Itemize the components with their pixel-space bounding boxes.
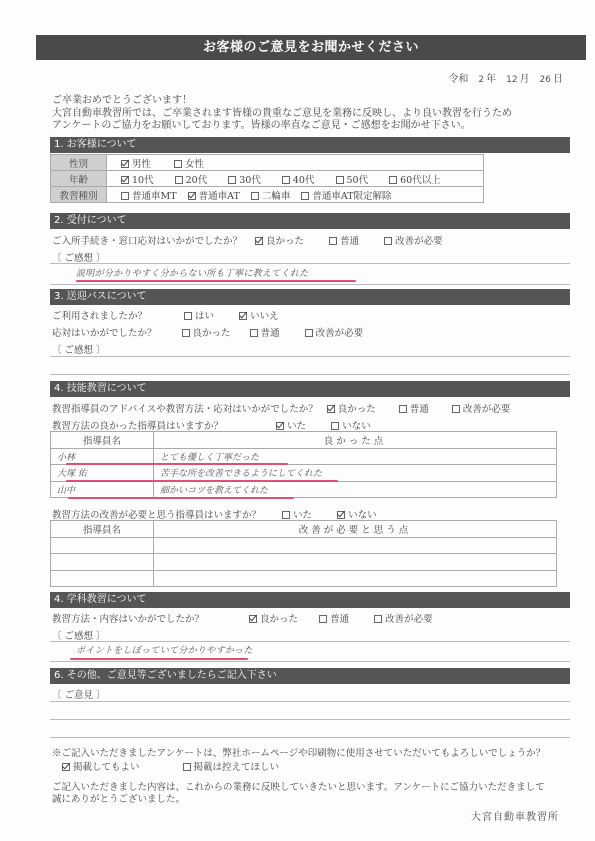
divider [50,641,570,642]
age-option-10s[interactable]: 10代 [121,172,154,186]
gender-label: 性別 [51,155,107,171]
gender-row: 性別 男性 女性 [51,155,484,171]
thanks-line-1: ご記入いただきました内容は、これからの業務に反映していきたいと思います。アンケー… [52,782,545,794]
divider [50,263,570,264]
gender-option-female[interactable]: 女性 [174,156,204,170]
checkbox-icon[interactable] [329,237,337,245]
form-title: お客様のご意見をお聞かせください [36,35,586,60]
table-row [51,537,557,554]
divider [50,701,570,702]
classroom-option-good[interactable]: 良かった [249,611,298,625]
instructor-rating-option-needs-improvement[interactable]: 改善が必要 [452,401,511,415]
bus-service-question: 応対はいかがでしたか？ [52,328,157,339]
divider [50,661,570,662]
instructor-name-cell[interactable]: 山中 [51,481,154,498]
table-header-row: 指導員名 改善が必要と思う点 [51,521,557,538]
intro-line-3: アンケートのご協力をお願いしております。皆様の率直なご意見・ご感想をお聞かせ下さ… [52,120,572,133]
checkbox-checked-icon[interactable] [249,615,257,623]
intro-line-2: 大宮自動車教習所では、ご卒業されます皆様の貴重なご意見を業務に反映し、より良い教… [52,108,572,121]
checkbox-icon[interactable] [399,405,407,413]
date-month-value[interactable]: 12 [506,75,517,85]
red-underline [76,280,356,282]
course-type-row: 教習種別 普通車MT 普通車AT 二輪車 普通車AT限定解除 [51,187,484,203]
instructor-name-cell[interactable] [51,537,154,554]
table-row: 山中 細かいコツを教えてくれた [51,481,557,498]
survey-form-page: お客様のご意見をお聞かせください 令和 2年 12月 26日 ご卒業おめでとうご… [0,0,595,841]
age-option-40s[interactable]: 40代 [282,172,315,186]
instructor-rating-question: 教習指導員のアドバイスや教習方法・応対はいかがでしたか？ [52,404,318,415]
course-option-motorcycle[interactable]: 二輪車 [251,188,291,202]
checkbox-checked-icon[interactable] [121,160,129,168]
divider [50,374,570,375]
good-instructor-option-yes[interactable]: いた [276,418,306,432]
age-option-30s[interactable]: 30代 [228,172,261,186]
bus-usage-option-no[interactable]: いいえ [239,308,279,322]
bad-instructor-option-no[interactable]: いない [337,507,377,521]
thanks-text: ご記入いただきました内容は、これからの業務に反映していきたいと思います。アンケー… [52,782,545,806]
red-underline [68,497,294,499]
bad-instructor-row: 教習方法の改善が必要と思う指導員はいますか？ いた いない [52,507,377,521]
checkbox-icon[interactable] [228,176,236,184]
checkbox-icon[interactable] [305,329,313,337]
table-row [51,554,557,571]
date-day-value[interactable]: 26 [540,75,551,85]
checkbox-icon[interactable] [282,176,290,184]
age-row: 年齢 10代 20代 30代 40代 50代 60代以上 [51,171,484,187]
checkbox-icon[interactable] [452,405,460,413]
bus-comment-label: 〔 ご感想 〕 [52,342,106,356]
consent-option-allow[interactable]: 掲載してもよい [62,762,140,774]
checkbox-icon[interactable] [331,422,339,430]
date-month-unit: 月 [520,74,530,85]
checkbox-icon[interactable] [319,615,327,623]
section-3-heading: 3. 送迎バスについて [50,289,570,305]
course-option-at-limit-removal[interactable]: 普通車AT限定解除 [301,188,391,202]
classroom-option-needs-improvement[interactable]: 改善が必要 [374,611,433,625]
bus-service-option-needs-improvement[interactable]: 改善が必要 [305,325,364,339]
good-instructor-row: 教習方法の良かった指導員はいますか？ いた いない [52,418,371,432]
checkbox-icon[interactable] [374,615,382,623]
checkbox-checked-icon[interactable] [327,405,335,413]
good-instructor-option-no[interactable]: いない [331,418,371,432]
bus-usage-row: ご利用されましたか？ はい いいえ [52,308,279,322]
reception-comment[interactable]: 説明が分かりやすく分からない所も丁寧に教えてくれた [76,266,309,279]
age-option-60s-plus[interactable]: 60代以上 [389,172,441,186]
instructor-rating-option-normal[interactable]: 普通 [399,401,429,415]
classroom-rating-row: 教習方法・内容はいかがでしたか？ 良かった 普通 改善が必要 [52,611,433,625]
instructor-rating-option-good[interactable]: 良かった [327,401,376,415]
section-2-heading: 2. 受付について [50,213,570,229]
section-4-heading: 4. 技能教習について [50,381,570,397]
red-underline [66,480,338,482]
consent-option-decline[interactable]: 掲載は控えてほしい [183,762,280,774]
date-era: 令和 [448,70,468,85]
instructor-name-cell[interactable] [51,570,154,587]
reception-option-good[interactable]: 良かった [255,233,304,247]
bus-service-option-good[interactable]: 良かった [182,325,231,339]
bad-instructor-table: 指導員名 改善が必要と思う点 [50,520,557,587]
reception-option-normal[interactable]: 普通 [329,233,359,247]
reception-option-needs-improvement[interactable]: 改善が必要 [384,233,443,247]
table-row [51,570,557,587]
checkbox-icon[interactable] [183,763,191,771]
checkbox-icon[interactable] [301,192,309,200]
checkbox-icon[interactable] [184,312,192,320]
improvement-point-cell[interactable] [154,537,557,554]
consent-options: 掲載してもよい 掲載は控えてほしい [62,762,279,774]
red-underline [66,463,288,465]
classroom-comment[interactable]: ポイントをしぼっていて分かりやすかった [76,643,253,656]
age-option-50s[interactable]: 50代 [336,172,369,186]
date-day-unit: 日 [553,74,563,85]
checkbox-checked-icon[interactable] [188,192,196,200]
divider [50,737,570,738]
intro-line-1: ご卒業おめでとうございます！ [52,95,572,108]
date-row: 令和 2年 12月 26日 [448,70,563,85]
checkbox-icon[interactable] [250,329,258,337]
other-comment-label: 〔 ご意見 〕 [52,687,106,701]
checkbox-icon[interactable] [336,176,344,184]
checkbox-icon[interactable] [175,176,183,184]
divider [50,356,570,357]
improvement-point-cell[interactable] [154,570,557,587]
checkbox-icon[interactable] [121,192,129,200]
section-6-heading: 6. その他、ご意見等ございましたらご記入下さい [50,668,570,684]
good-point-cell[interactable]: 苦手な所を改善できるようにしてくれた [154,465,557,482]
thanks-line-2: 誠にありがとうございました。 [52,794,545,806]
reception-question-row: ご入所手続き・窓口応対はいかがでしたか？ 良かった 普通 改善が必要 [52,233,443,247]
divider [50,719,570,720]
reception-comment-label: 〔 ご感想 〕 [52,250,106,264]
classroom-option-normal[interactable]: 普通 [319,611,349,625]
classroom-rating-question: 教習方法・内容はいかがでしたか？ [52,614,204,625]
checkbox-checked-icon[interactable] [255,237,263,245]
col-improvement-points: 改善が必要と思う点 [154,521,557,538]
good-point-cell[interactable]: 細かいコツを教えてくれた [154,481,557,498]
checkbox-icon[interactable] [251,192,259,200]
checkbox-icon[interactable] [389,176,397,184]
school-signature: 大宮自動車教習所 [471,808,559,823]
instructor-name-cell[interactable] [51,554,154,571]
consent-question: ※ご記入いただきましたアンケートは、弊社ホームページや印刷物に使用させていただい… [52,748,545,760]
instructor-name-cell[interactable]: 大塚 佑 [51,465,154,482]
checkbox-icon[interactable] [282,511,290,519]
gender-option-male[interactable]: 男性 [121,156,151,170]
table-header-row: 指導員名 良かった点 [51,432,557,449]
section-1-heading: 1. お客様について [50,137,570,153]
bus-usage-option-yes[interactable]: はい [184,308,214,322]
col-instructor-name: 指導員名 [51,432,154,449]
checkbox-icon[interactable] [384,237,392,245]
course-option-mt[interactable]: 普通車MT [121,188,177,202]
improvement-point-cell[interactable] [154,554,557,571]
checkbox-checked-icon[interactable] [121,176,129,184]
divider [50,284,570,285]
checkbox-checked-icon[interactable] [276,422,284,430]
age-option-20s[interactable]: 20代 [175,172,208,186]
instructor-rating-row: 教習指導員のアドバイスや教習方法・応対はいかがでしたか？ 良かった 普通 改善が… [52,401,510,415]
section-5-heading: 4. 学科教習について [50,592,570,608]
checkbox-checked-icon[interactable] [62,763,70,771]
date-year-value[interactable]: 2 [478,75,484,85]
col-instructor-name: 指導員名 [51,521,154,538]
intro-text: ご卒業おめでとうございます！ 大宮自動車教習所では、ご卒業されます皆様の貴重なご… [52,95,572,133]
col-good-points: 良かった点 [154,432,557,449]
checkbox-checked-icon[interactable] [337,511,345,519]
checkbox-icon[interactable] [174,160,182,168]
red-underline [70,658,248,660]
date-year-unit: 年 [486,74,496,85]
bus-service-option-normal[interactable]: 普通 [250,325,280,339]
classroom-comment-label: 〔 ご感想 〕 [52,628,106,642]
course-type-label: 教習種別 [51,187,107,203]
course-option-at[interactable]: 普通車AT [188,188,240,202]
bus-service-row: 応対はいかがでしたか？ 良かった 普通 改善が必要 [52,325,363,339]
reception-question: ご入所手続き・窓口応対はいかがでしたか？ [52,236,242,247]
bus-usage-question: ご利用されましたか？ [52,311,147,322]
age-label: 年齢 [51,171,107,187]
checkbox-icon[interactable] [182,329,190,337]
checkbox-checked-icon[interactable] [239,312,247,320]
customer-info-table: 性別 男性 女性 年齢 10代 20代 30代 40代 50代 60代以上 教習… [50,154,484,203]
bad-instructor-option-yes[interactable]: いた [282,507,312,521]
table-row: 大塚 佑 苦手な所を改善できるようにしてくれた [51,465,557,482]
